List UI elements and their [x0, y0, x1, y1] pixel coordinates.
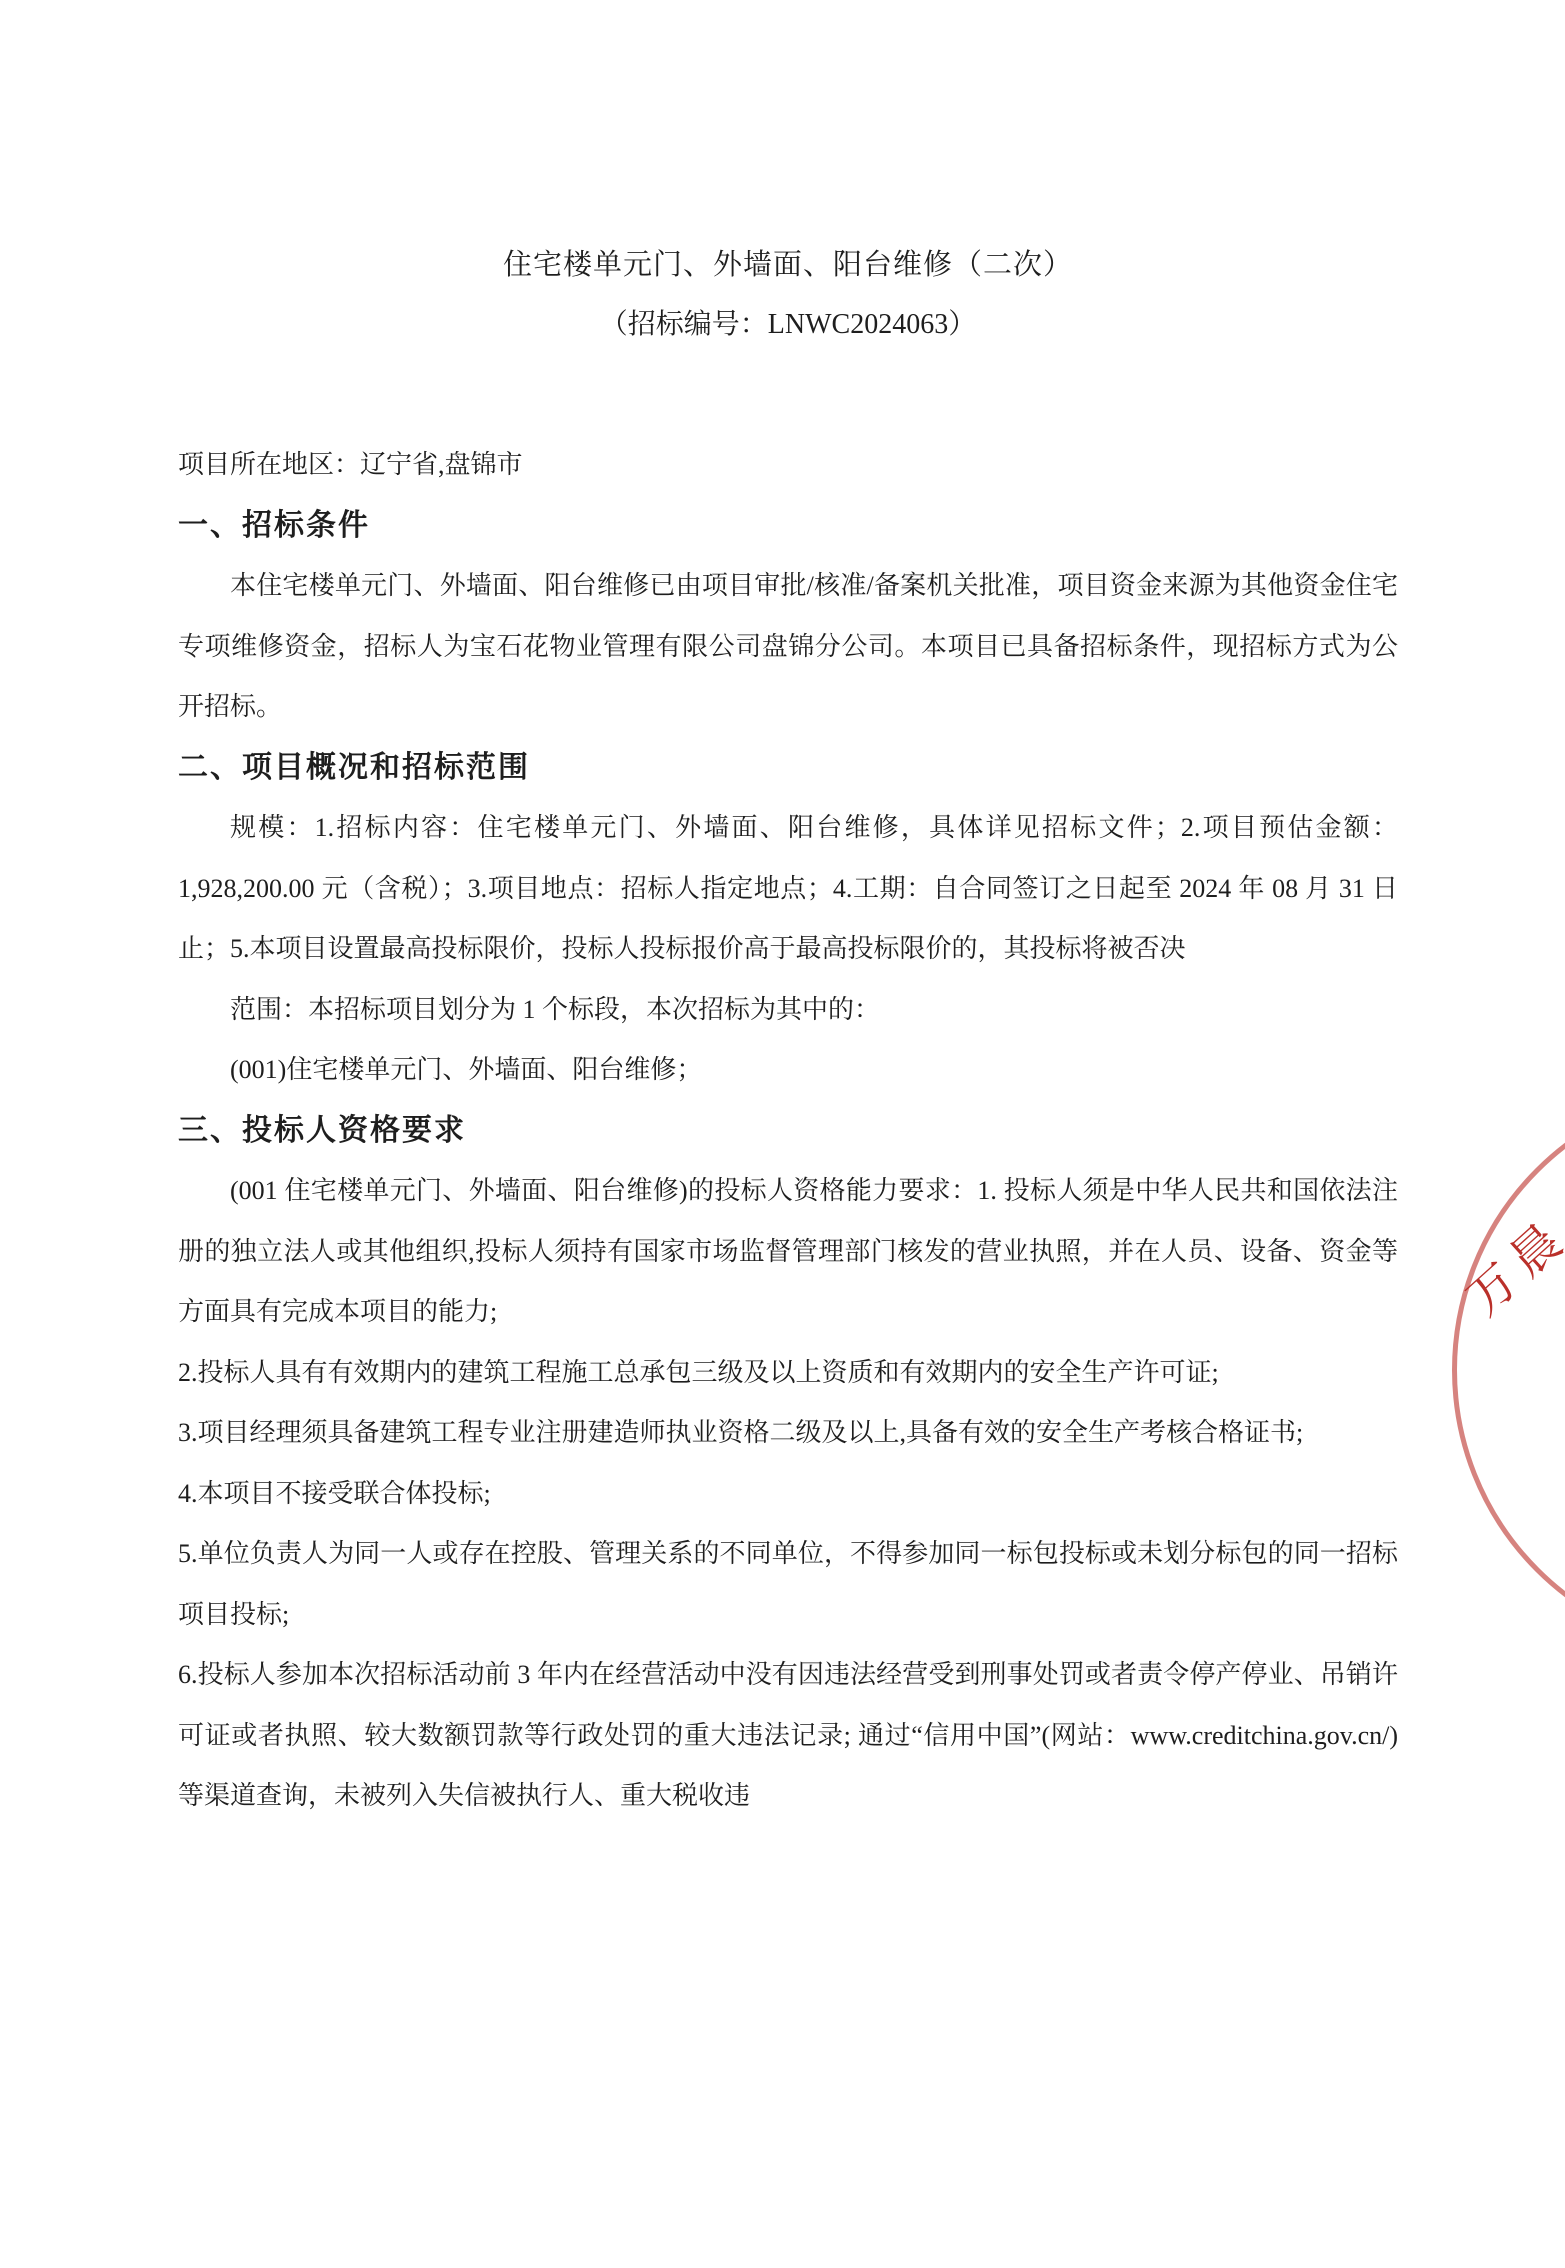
paragraph: 6.投标人参加本次招标活动前 3 年内在经营活动中没有因违法经营受到刑事处罚或者…	[178, 1645, 1398, 1827]
document-title: 住宅楼单元门、外墙面、阳台维修（二次）	[178, 245, 1398, 285]
document-page: 住宅楼单元门、外墙面、阳台维修（二次） （招标编号：LNWC2024063） 项…	[0, 0, 1565, 2268]
paragraph: 2.投标人具有有效期内的建筑工程施工总承包三级及以上资质和有效期内的安全生产许可…	[178, 1343, 1398, 1404]
section-heading: 三、投标人资格要求	[178, 1101, 1398, 1162]
paragraph: 3.项目经理须具备建筑工程专业注册建造师执业资格二级及以上,具备有效的安全生产考…	[178, 1403, 1398, 1464]
section-heading: 二、项目概况和招标范围	[178, 738, 1398, 799]
paragraph: (001)住宅楼单元门、外墙面、阳台维修；	[178, 1040, 1398, 1101]
red-seal-arc	[1452, 1085, 1565, 1655]
paragraph: 4.本项目不接受联合体投标;	[178, 1464, 1398, 1525]
document-flow: 项目所在地区：辽宁省,盘锦市一、招标条件本住宅楼单元门、外墙面、阳台维修已由项目…	[178, 435, 1398, 1827]
section-heading: 一、招标条件	[178, 496, 1398, 557]
paragraph: 本住宅楼单元门、外墙面、阳台维修已由项目审批/核准/备案机关批准，项目资金来源为…	[178, 556, 1398, 738]
paragraph: 规模：1.招标内容：住宅楼单元门、外墙面、阳台维修，具体详见招标文件；2.项目预…	[178, 798, 1398, 980]
paragraph: (001 住宅楼单元门、外墙面、阳台维修)的投标人资格能力要求：1. 投标人须是…	[178, 1161, 1398, 1343]
document-content: 住宅楼单元门、外墙面、阳台维修（二次） （招标编号：LNWC2024063） 项…	[178, 0, 1398, 1827]
paragraph: 范围：本招标项目划分为 1 个标段，本次招标为其中的：	[178, 980, 1398, 1041]
paragraph: 5.单位负责人为同一人或存在控股、管理关系的不同单位，不得参加同一标包投标或未划…	[178, 1524, 1398, 1645]
paragraph: 项目所在地区：辽宁省,盘锦市	[178, 435, 1398, 496]
tender-number: （招标编号：LNWC2024063）	[178, 305, 1398, 345]
